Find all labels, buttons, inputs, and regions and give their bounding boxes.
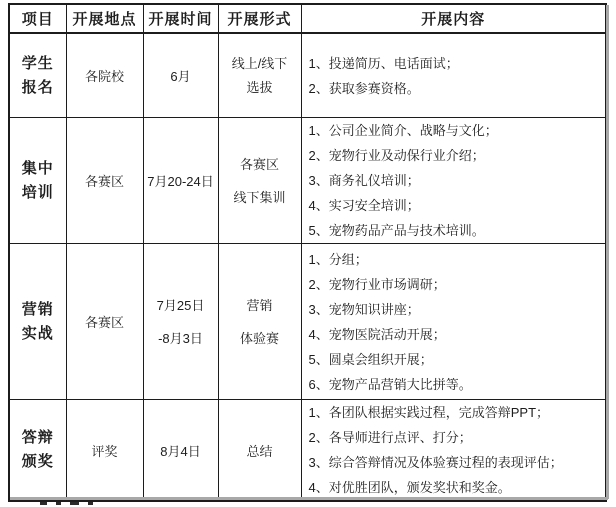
cell-project: 集中 培训 <box>9 118 66 244</box>
cell-location: 各赛区 <box>66 118 143 244</box>
cell-line: -8月3日 <box>144 322 218 355</box>
table-row-student-signup: 学生 报名 各院校 6月 线上/线下 选拔 1、投递简历、电话面试； 2、获取参… <box>9 33 606 118</box>
cell-form: 总结 <box>218 400 301 502</box>
cell-line: 线下集训 <box>219 181 301 214</box>
content-line: 6、宠物产品营销大比拼等。 <box>309 372 606 397</box>
cell-project: 答辩 颁奖 <box>9 400 66 502</box>
cell-line: 答辩 <box>10 426 66 450</box>
col-header-time: 开展时间 <box>143 4 218 33</box>
cell-form: 各赛区 线下集训 <box>218 118 301 244</box>
cell-line: 集中 <box>10 157 66 181</box>
col-header-project: 项目 <box>9 4 66 33</box>
clipped-text-fragment <box>40 502 120 506</box>
content-line: 2、获取参赛资格。 <box>309 76 606 101</box>
cell-form: 营销 体验赛 <box>218 244 301 400</box>
content-line: 3、宠物知识讲座； <box>309 297 606 322</box>
content-line: 4、实习安全培训； <box>309 193 606 218</box>
document-page: 项目 开展地点 开展时间 开展形式 开展内容 学生 报名 各院校 6月 线上/线… <box>0 0 616 507</box>
content-line: 1、投递简历、电话面试； <box>309 51 606 76</box>
content-line: 3、综合答辩情况及体验赛过程的表现评估； <box>309 450 606 475</box>
cell-form: 线上/线下 选拔 <box>218 33 301 118</box>
content-line: 2、宠物行业市场调研； <box>309 272 606 297</box>
content-line: 3、商务礼仪培训； <box>309 168 606 193</box>
cell-line: 实战 <box>10 322 66 346</box>
cell-location: 各赛区 <box>66 244 143 400</box>
cell-time: 7月25日 -8月3日 <box>143 244 218 400</box>
schedule-table: 项目 开展地点 开展时间 开展形式 开展内容 学生 报名 各院校 6月 线上/线… <box>8 3 607 502</box>
content-line: 1、各团队根据实践过程，完成答辩PPT； <box>309 400 606 425</box>
cell-location: 评奖 <box>66 400 143 502</box>
cell-content: 1、分组； 2、宠物行业市场调研； 3、宠物知识讲座； 4、宠物医院活动开展； … <box>301 244 606 400</box>
content-line: 1、分组； <box>309 247 606 272</box>
cell-line: 7月25日 <box>144 289 218 322</box>
content-line: 2、宠物行业及动保行业介绍； <box>309 143 606 168</box>
content-line: 4、宠物医院活动开展； <box>309 322 606 347</box>
cell-line: 各赛区 <box>219 148 301 181</box>
table-row-defense-awards: 答辩 颁奖 评奖 8月4日 总结 1、各团队根据实践过程，完成答辩PPT； 2、… <box>9 400 606 502</box>
cell-line: 选拔 <box>219 76 301 100</box>
table-header-row: 项目 开展地点 开展时间 开展形式 开展内容 <box>9 4 606 33</box>
cell-line: 颁奖 <box>10 450 66 474</box>
cell-time: 7月20-24日 <box>143 118 218 244</box>
content-line: 1、公司企业简介、战略与文化； <box>309 118 606 143</box>
cell-line: 线上/线下 <box>219 52 301 76</box>
cell-time: 8月4日 <box>143 400 218 502</box>
cell-content: 1、各团队根据实践过程，完成答辩PPT； 2、各导师进行点评、打分； 3、综合答… <box>301 400 606 502</box>
cell-location: 各院校 <box>66 33 143 118</box>
cell-line: 体验赛 <box>219 322 301 355</box>
cell-line: 营销 <box>10 298 66 322</box>
content-line: 2、各导师进行点评、打分； <box>309 425 606 450</box>
cell-project: 营销 实战 <box>9 244 66 400</box>
cell-content: 1、公司企业简介、战略与文化； 2、宠物行业及动保行业介绍； 3、商务礼仪培训；… <box>301 118 606 244</box>
cell-time: 6月 <box>143 33 218 118</box>
col-header-location: 开展地点 <box>66 4 143 33</box>
cell-line: 培训 <box>10 181 66 205</box>
table-row-training: 集中 培训 各赛区 7月20-24日 各赛区 线下集训 1、公司企业简介、战略与… <box>9 118 606 244</box>
cell-project: 学生 报名 <box>9 33 66 118</box>
col-header-content: 开展内容 <box>301 4 606 33</box>
content-line: 5、宠物药品产品与技术培训。 <box>309 218 606 243</box>
cell-line: 报名 <box>10 76 66 100</box>
scan-shadow-bottom <box>10 497 608 500</box>
table-row-marketing-practice: 营销 实战 各赛区 7月25日 -8月3日 营销 体验赛 1、分组； 2、宠物行… <box>9 244 606 400</box>
cell-content: 1、投递简历、电话面试； 2、获取参赛资格。 <box>301 33 606 118</box>
scan-shadow-right <box>606 5 609 499</box>
content-line: 5、圆桌会组织开展； <box>309 347 606 372</box>
cell-line: 营销 <box>219 289 301 322</box>
col-header-form: 开展形式 <box>218 4 301 33</box>
cell-line: 学生 <box>10 52 66 76</box>
